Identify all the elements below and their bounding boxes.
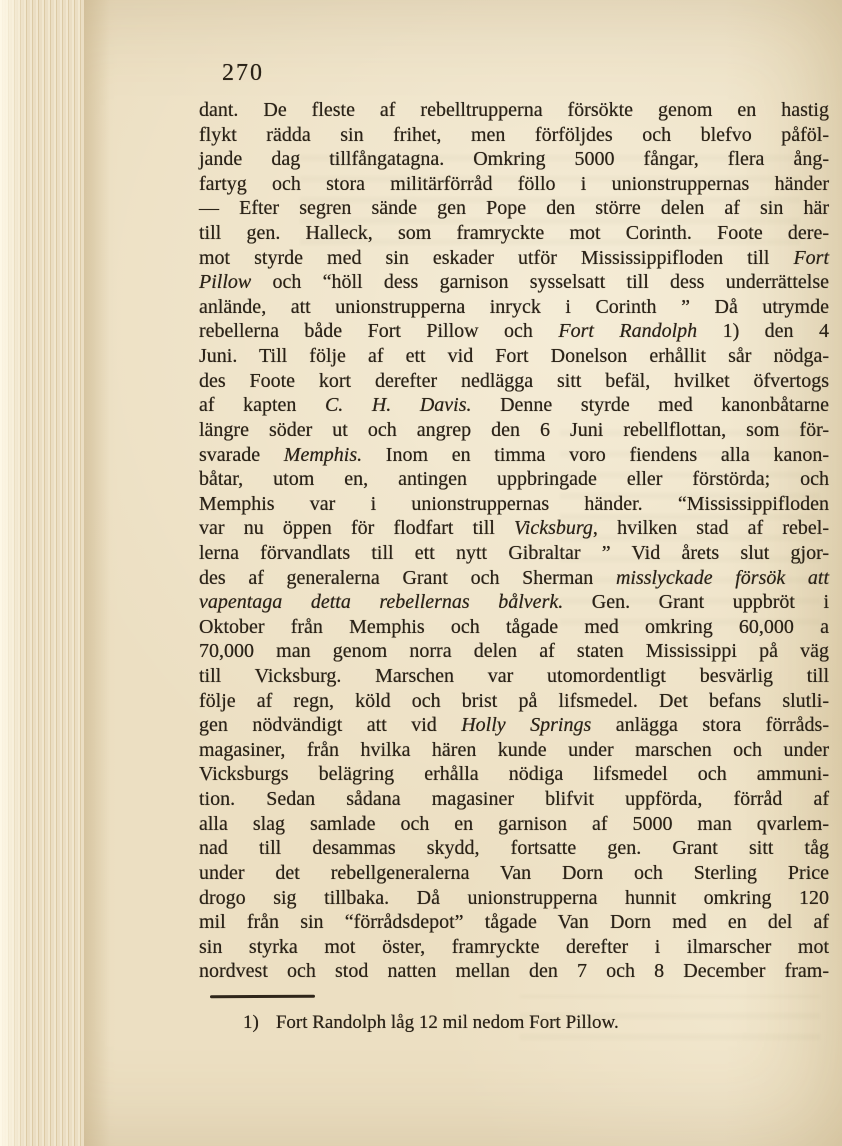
footnote-marker: 1) <box>243 1012 259 1033</box>
text-line: jande dag tillfångatagna. Omkring 5000 f… <box>199 147 829 172</box>
footnote: 1)Fort Randolph låg 12 mil nedom Fort Pi… <box>243 1012 619 1034</box>
text-line: drogo sig tillbaka. Då unionstrupperna h… <box>199 886 829 911</box>
text-line: följe af regn, köld och brist på lifsmed… <box>199 689 829 714</box>
text-line: des af generalerna Grant och Sherman mis… <box>199 566 829 591</box>
text-line: magasiner, från hvilka hären kunde under… <box>199 738 829 763</box>
text-line: under det rebellgeneralerna Van Dorn och… <box>199 861 829 886</box>
text-line: af kapten C. H. Davis. Denne styrde med … <box>199 393 829 418</box>
text-line: nad till desammas skydd, fortsatte gen. … <box>199 836 829 861</box>
text-line: Juni. Till följe af ett vid Fort Donelso… <box>199 344 829 369</box>
text-line: till gen. Halleck, som framryckte mot Co… <box>199 221 829 246</box>
text-line: gen nödvändigt att vid Holly Springs anl… <box>199 713 829 738</box>
text-line: fartyg och stora militärförråd föllo i u… <box>199 172 829 197</box>
text-line: sin styrka mot öster, framryckte derefte… <box>199 935 829 960</box>
text-line: flykt rädda sin frihet, men förföljdes o… <box>199 123 829 148</box>
text-line: anlände, att unionstrupperna inryck i Co… <box>199 295 829 320</box>
text-line: des Foote kort derefter nedlägga sitt be… <box>199 369 829 394</box>
text-line: tion. Sedan sådana magasiner blifvit upp… <box>199 787 829 812</box>
text-line: lerna förvandlats till ett nytt Gibralta… <box>199 541 829 566</box>
footnote-separator <box>210 995 315 999</box>
text-line: mil från sin “förrådsdepot” tågade Van D… <box>199 910 829 935</box>
text-line: — Efter segren sände gen Pope den större… <box>199 196 829 221</box>
text-line: mot styrde med sin eskader utför Mississ… <box>199 246 829 271</box>
book-page-edges <box>0 0 84 1146</box>
text-line: Oktober från Memphis och tågade med omkr… <box>199 615 829 640</box>
text-line: nordvest och stod natten mellan den 7 oc… <box>199 959 829 984</box>
text-line: rebellerna både Fort Pillow och Fort Ran… <box>199 319 829 344</box>
text-line: till Vicksburg. Marschen var utomordentl… <box>199 664 829 689</box>
text-line: längre söder ut och angrep den 6 Juni re… <box>199 418 829 443</box>
text-line: Vicksburgs belägring erhålla nödiga lifs… <box>199 762 829 787</box>
text-line: Pillow och “höll dess garnison sysselsat… <box>199 270 829 295</box>
text-line: dant. De fleste af rebelltrupperna försö… <box>199 98 829 123</box>
page-gutter-crease <box>84 0 110 1146</box>
text-line: vapentaga detta rebellernas bålverk. Gen… <box>199 590 829 615</box>
scanned-page: 270 dant. De fleste af rebelltrupperna f… <box>0 0 842 1146</box>
text-line: var nu öppen för flodfart till Vicksburg… <box>199 516 829 541</box>
text-line: 70,000 man genom norra delen af staten M… <box>199 639 829 664</box>
text-line: svarade Memphis. Inom en timma voro fien… <box>199 443 829 468</box>
text-line: båtar, utom en, antingen uppbringade ell… <box>199 467 829 492</box>
page-number: 270 <box>222 60 264 87</box>
footnote-text: Fort Randolph låg 12 mil nedom Fort Pill… <box>276 1012 619 1033</box>
body-text: dant. De fleste af rebelltrupperna försö… <box>199 98 829 984</box>
text-line: alla slag samlade och en garnison af 500… <box>199 812 829 837</box>
text-line: Memphis var i unionstruppernas händer. “… <box>199 492 829 517</box>
